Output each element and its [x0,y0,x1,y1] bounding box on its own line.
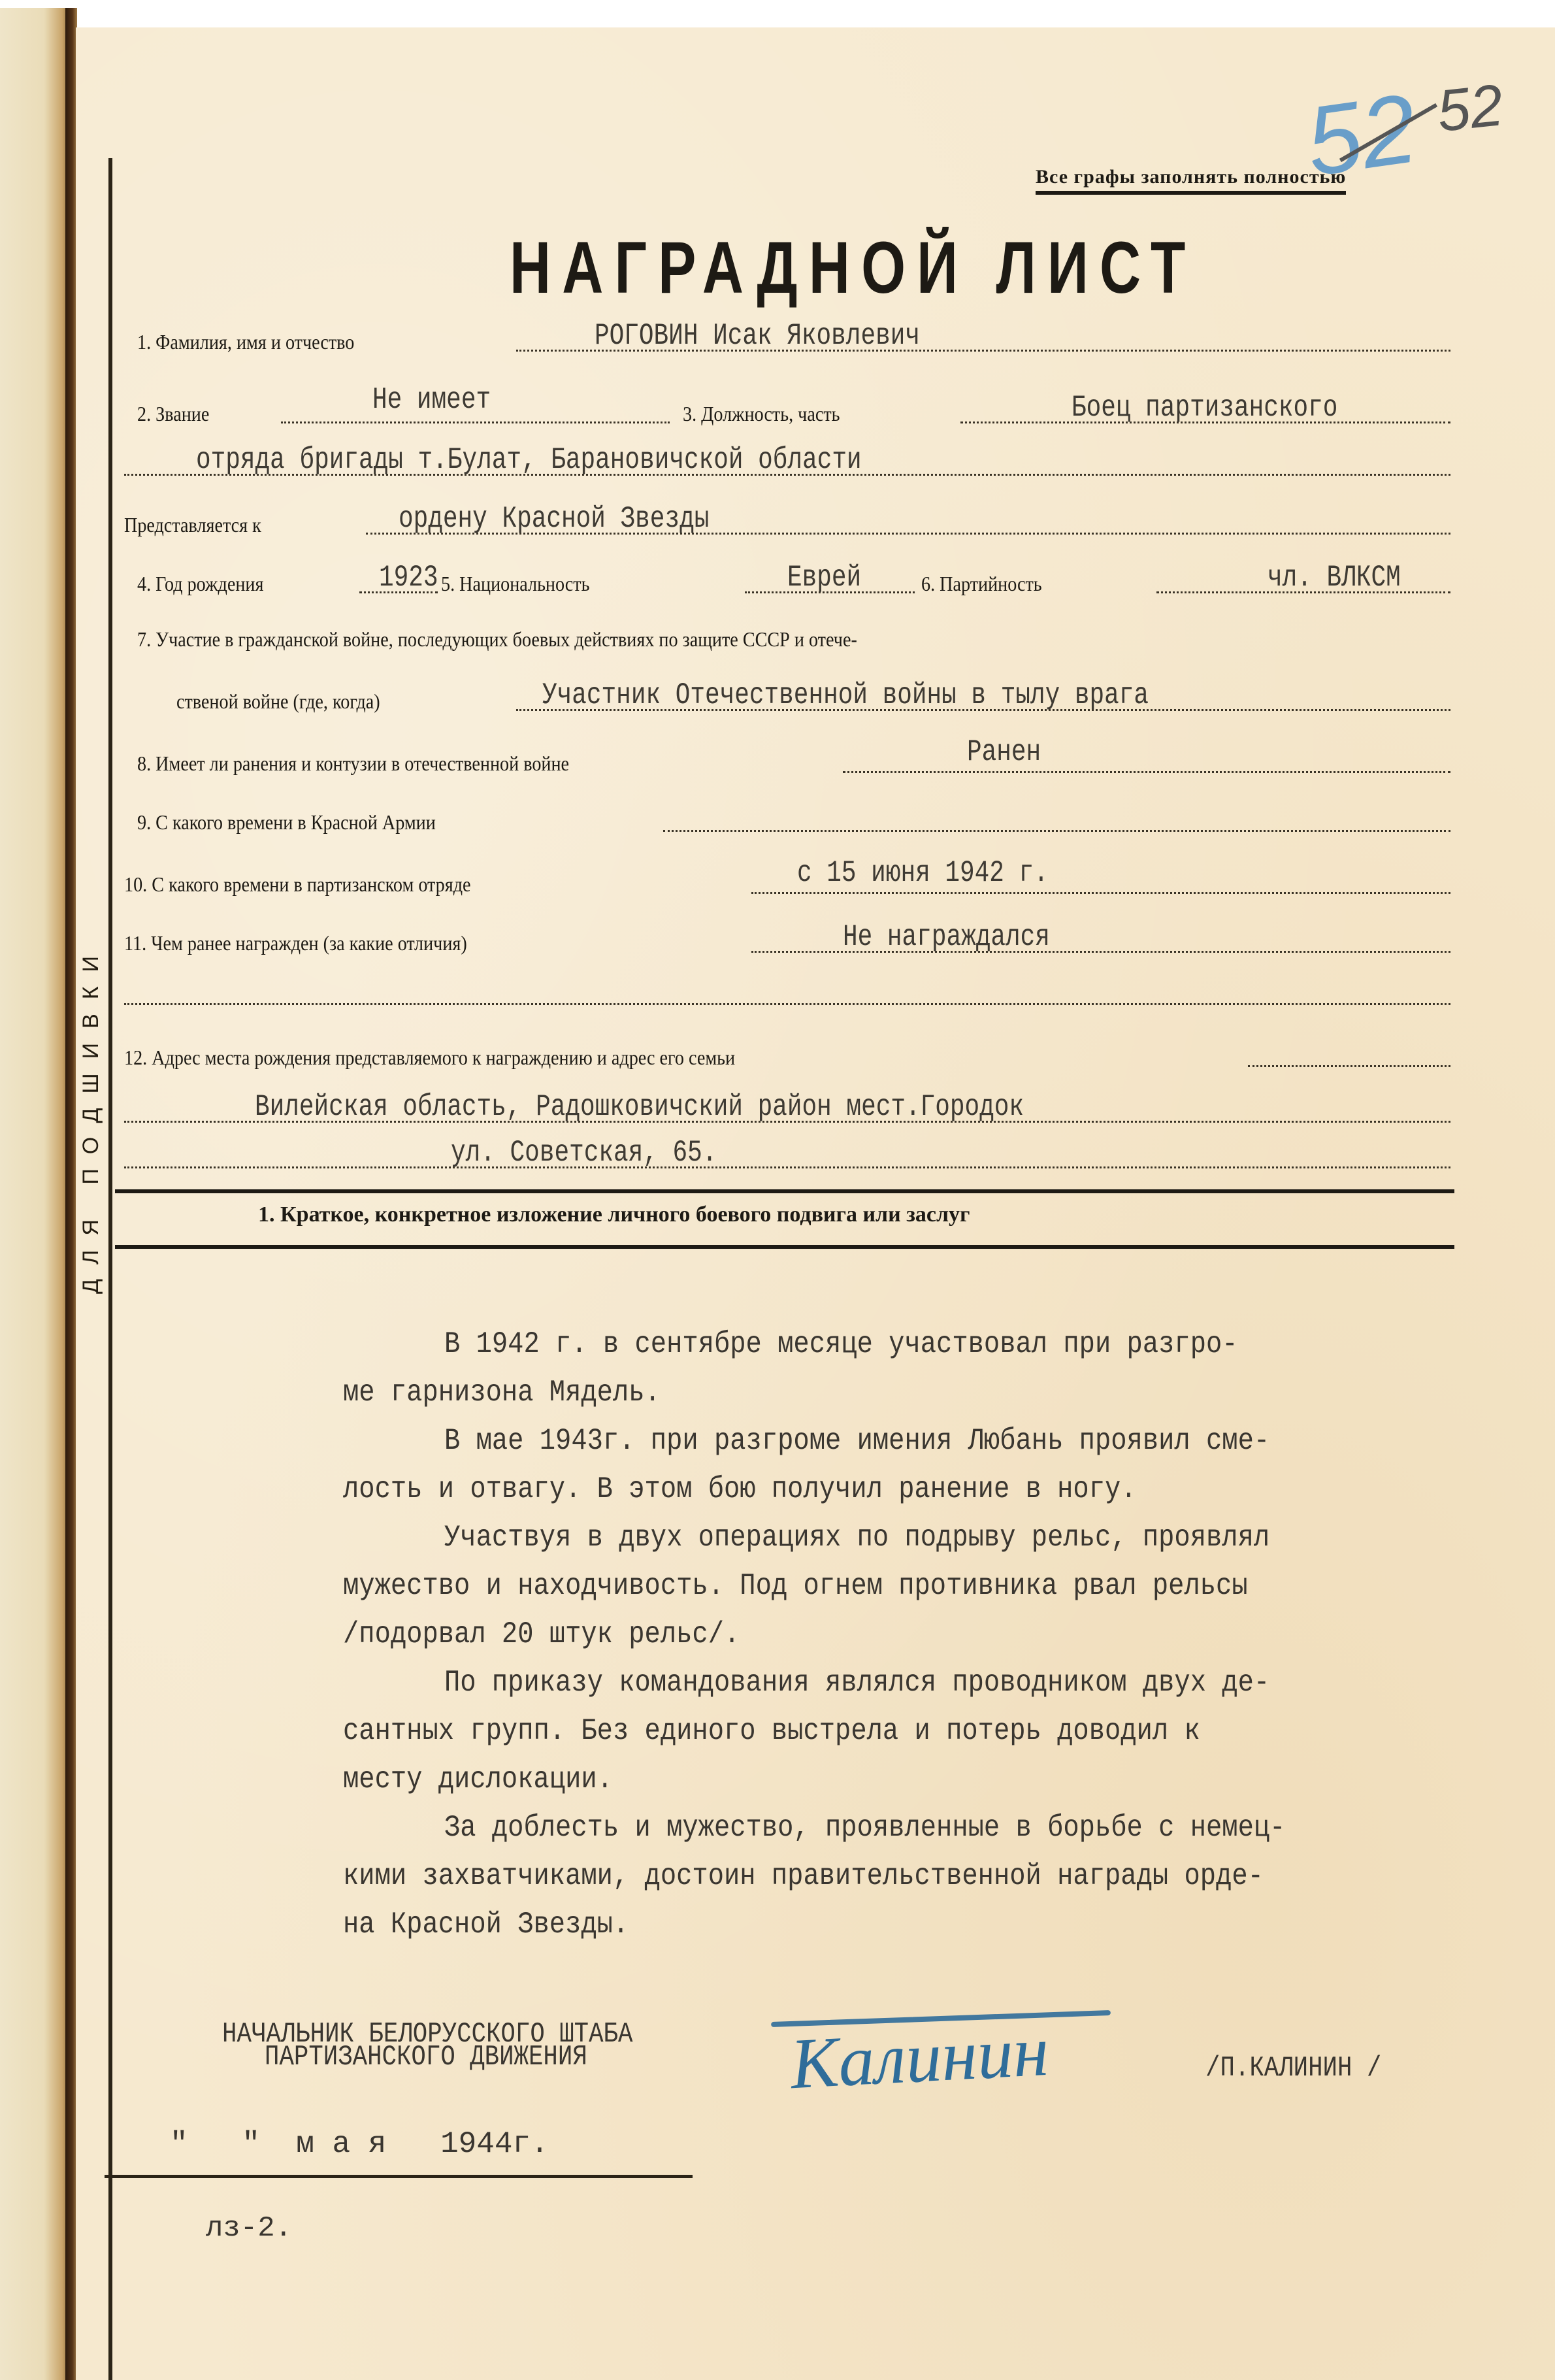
dotted-line [124,1166,1450,1168]
field-label-birth-year: 4. Год рождения [137,572,263,596]
field-value-birth-year: 1923 [379,561,438,595]
field-value-position-cont: отряда бригады т.Булат, Барановичской об… [196,443,862,477]
field-label-rank: 2. Звание [137,402,209,426]
narrative-line: сантных групп. Без единого выстрела и по… [343,1707,1200,1755]
narrative-line: на Красной Звезды. [343,1900,629,1949]
field-value: Участник Отечественной войны в тылу враг… [542,678,1149,712]
document-title: НАГРАДНОЙ ЛИСТ [510,225,1197,310]
field-address-line1: Вилейская область, Радошковичский район … [124,1091,1450,1131]
field-value-rank: Не имеет [372,383,491,417]
narrative-line: За доблесть и мужество, проявленные в бо… [444,1804,1285,1852]
field-label-nationality: 5. Национальность [441,572,589,596]
dotted-line [281,421,670,423]
field-wounds: 8. Имеет ли ранения и контузии в отечест… [124,742,1450,781]
field-war-participation: ственой войне (где, когда) Участник Отеч… [124,680,1450,719]
field-label: 10. С какого времени в партизанском отря… [124,872,471,897]
field-value-position: Боец партизанского [1072,391,1337,425]
form-code: лз-2. [206,2212,292,2245]
binding-stub-page [0,8,73,2380]
field-label: 8. Имеет ли ранения и контузии в отечест… [137,752,569,776]
document-date: " " м а я 1944г. [170,2127,549,2161]
narrative-line: лость и отвагу. В этом бою получил ранен… [343,1465,1137,1513]
narrative-line: ме гарнизона Мядель. [343,1368,661,1417]
field-label: 1. Фамилия, имя и отчество [137,330,354,354]
field-previous-awards-blank-line [124,974,1450,1013]
narrative-line: По приказу командования являлся проводни… [444,1659,1269,1707]
dotted-line [751,892,1450,894]
field-label-party: 6. Партийность [921,572,1042,596]
section-rule-bottom [115,1245,1454,1249]
field-position-continued: отряда бригады т.Булат, Барановичской об… [124,444,1450,484]
field-value: ул. Советская, 65. [451,1136,717,1170]
field-value: с 15 июня 1942 г. [797,856,1049,890]
field-partisan-since: 10. С какого времени в партизанском отря… [124,863,1450,902]
field-rank-position: 2. Звание Не имеет 3. Должность, часть Б… [124,392,1450,431]
field-address-label: 12. Адрес места рождения представляемого… [124,1036,1450,1075]
field-label-cont: ственой войне (где, когда) [176,689,380,714]
narrative-line: кими захватчиками, достоин правительстве… [343,1852,1264,1900]
field-value: Ранен [967,735,1041,769]
narrative-line: /подорвал 20 штук рельс/. [343,1610,740,1659]
binding-margin-line [108,158,112,2380]
field-label: 9. С какого времени в Красной Армии [137,810,436,835]
footer-rule [105,2175,693,2178]
section-rule-top [115,1189,1454,1193]
field-value-party: чл. ВЛКСМ [1268,561,1401,595]
field-label-position: 3. Должность, часть [683,402,840,426]
field-address-line2: ул. Советская, 65. [124,1137,1450,1176]
narrative-line: мужество и находчивость. Под огнем проти… [343,1562,1248,1610]
narrative-line: В 1942 г. в сентябре месяце участвовал п… [444,1320,1238,1368]
field-value-nationality: Еврей [787,561,861,595]
section-heading: 1. Краткое, конкретное изложение личного… [258,1202,970,1227]
signatory-title-line2: ПАРТИЗАНСКОГО ДВИЖЕНИЯ [265,2045,587,2069]
dotted-line [663,830,1450,832]
field-value: ордену Красной Звезды [399,502,709,536]
signatory-name: /П.КАЛИНИН / [1205,2052,1381,2085]
dotted-line [843,771,1450,773]
field-value: Не награждался [843,920,1050,954]
narrative-line: Участвуя в двух операциях по подрыву рел… [444,1513,1269,1562]
field-label: 11. Чем ранее награжден (за какие отличи… [124,931,467,955]
binding-label: ДЛЯ ПОДШИВКИ [78,863,105,1372]
field-label: 7. Участие в гражданской войне, последую… [137,627,857,652]
dotted-line [1248,1065,1450,1067]
field-full-name: 1. Фамилия, имя и отчество РОГОВИН Исак … [124,320,1450,359]
field-war-participation-label: 7. Участие в гражданской войне, последую… [124,618,1450,657]
field-red-army-since: 9. С какого времени в Красной Армии [124,801,1450,840]
dotted-line [124,1003,1450,1005]
handwritten-signature: Калинин [789,2009,1051,2106]
narrative-line: В мае 1943г. при разгроме имения Любань … [444,1417,1269,1465]
narrative-line: месту дислокации. [343,1755,613,1804]
folio-number-pencil: 52 [1434,72,1506,146]
field-label: Представляется к [124,513,261,537]
fill-instruction: Все графы заполнять полностью [1036,166,1346,195]
field-birth-nationality-party: 4. Год рождения 1923 5. Национальность Е… [124,562,1450,601]
field-value: РОГОВИН Исак Яковлевич [595,319,920,353]
field-previous-awards: 11. Чем ранее награжден (за какие отличи… [124,921,1450,961]
field-nomination: Представляется к ордену Красной Звезды [124,503,1450,542]
field-label: 12. Адрес места рождения представляемого… [124,1046,735,1070]
field-value: Вилейская область, Радошковичский район … [255,1090,1024,1124]
